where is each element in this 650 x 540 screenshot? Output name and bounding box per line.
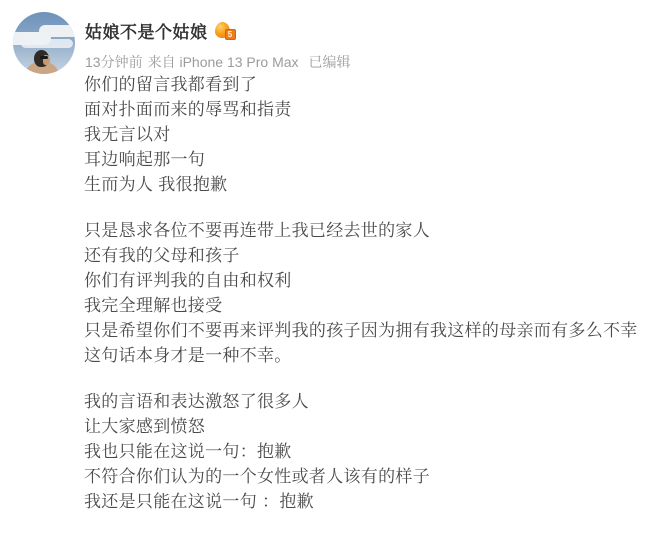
text-line: 不符合你们认为的一个女性或者人该有的样子 xyxy=(84,464,640,489)
timestamp: 13分钟前 xyxy=(85,52,143,72)
avatar-cloud xyxy=(39,25,75,37)
text-line: 面对扑面而来的辱骂和指责 xyxy=(84,97,640,122)
text-line: 只是希望你们不要再来评判我的孩子因为拥有我这样的母亲而有多么不幸 xyxy=(84,318,640,343)
text-line: 还有我的父母和孩子 xyxy=(84,243,640,268)
text-line: 生而为人 我很抱歉 xyxy=(84,172,640,197)
text-line: 我无言以对 xyxy=(84,122,640,147)
username[interactable]: 姑娘不是个姑娘 xyxy=(85,18,208,43)
weibo-post: 姑娘不是个姑娘 5 13分钟前 来自 iPhone 13 Pro Max 已编辑… xyxy=(0,0,650,540)
text-line: 这句话本身才是一种不幸。 xyxy=(84,343,640,368)
paragraph: 我的言语和表达激怒了很多人 让大家感到愤怒 我也只能在这说一句：抱歉 不符合你们… xyxy=(84,389,640,514)
avatar-sunglasses xyxy=(40,56,48,59)
text-line: 耳边响起那一句 xyxy=(84,147,640,172)
text-line: 你们的留言我都看到了 xyxy=(84,72,640,97)
text-line: 我完全理解也接受 xyxy=(84,293,640,318)
vip-level-number: 5 xyxy=(225,29,236,40)
post-meta: 13分钟前 来自 iPhone 13 Pro Max 已编辑 xyxy=(85,52,351,72)
edited-label: 已编辑 xyxy=(309,52,351,72)
text-line: 我也只能在这说一句：抱歉 xyxy=(84,439,640,464)
avatar[interactable] xyxy=(13,12,75,74)
text-line: 你们有评判我的自由和权利 xyxy=(84,268,640,293)
paragraph: 你们的留言我都看到了 面对扑面而来的辱骂和指责 我无言以对 耳边响起那一句 生而… xyxy=(84,72,640,197)
text-line: 我的言语和表达激怒了很多人 xyxy=(84,389,640,414)
avatar-cloud xyxy=(21,39,73,48)
vip-badge-icon[interactable]: 5 xyxy=(215,21,236,40)
paragraph: 只是恳求各位不要再连带上我已经去世的家人 还有我的父母和孩子 你们有评判我的自由… xyxy=(84,218,640,368)
text-line: 只是恳求各位不要再连带上我已经去世的家人 xyxy=(84,218,640,243)
text-line: 让大家感到愤怒 xyxy=(84,414,640,439)
text-line: 我还是只能在这说一句 ：抱歉 xyxy=(84,489,640,514)
post-content: 你们的留言我都看到了 面对扑面而来的辱骂和指责 我无言以对 耳边响起那一句 生而… xyxy=(84,72,640,535)
post-header: 姑娘不是个姑娘 5 13分钟前 来自 iPhone 13 Pro Max 已编辑 xyxy=(85,18,351,72)
source-device-link[interactable]: 来自 iPhone 13 Pro Max xyxy=(148,52,299,72)
